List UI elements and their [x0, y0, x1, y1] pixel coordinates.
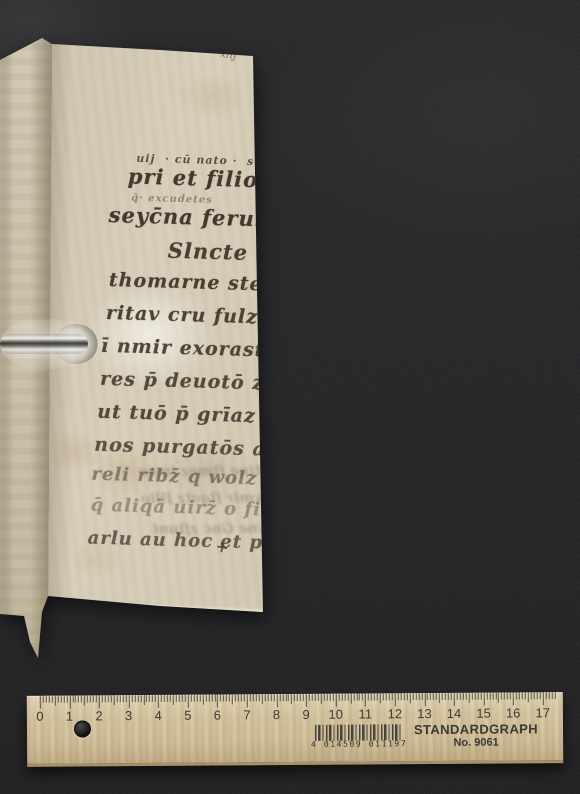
ruler-tick: [469, 693, 470, 703]
ruler-tick: [161, 695, 162, 702]
ruler-tick: [344, 694, 345, 701]
ruler-tick: [472, 693, 473, 700]
ruler-tick: [350, 694, 351, 704]
ruler-number: 9: [302, 707, 309, 722]
ruler-tick: [134, 695, 135, 702]
ruler-tick: [46, 696, 47, 703]
ruler-tick: [516, 692, 517, 699]
ruler-tick: [199, 695, 200, 702]
ruler-tick: [202, 695, 203, 705]
ruler-tick: [549, 692, 550, 699]
ruler-tick: [460, 693, 461, 700]
ruler-tick: [534, 692, 535, 699]
ruler-tick: [155, 695, 156, 702]
ruler-number: 17: [535, 705, 550, 720]
ruler-tick: [78, 696, 79, 703]
ruler-tick: [424, 693, 425, 706]
ruler-tick: [371, 693, 372, 700]
ruler-hole: [74, 720, 91, 737]
ruler: 01234567891011121314151617 4 014509 0111…: [27, 692, 563, 767]
ruler-tick: [84, 695, 85, 705]
ruler-tick: [262, 694, 263, 704]
ruler-tick: [445, 693, 446, 700]
ruler-tick: [52, 696, 53, 703]
manuscript-line: ritav cru fulz bn̄dic: [106, 302, 330, 330]
ruler-tick: [365, 694, 366, 707]
ruler-tick: [128, 695, 129, 708]
manuscript-line: nos purgatōs a pmī: [94, 434, 317, 462]
ruler-tick: [223, 694, 224, 701]
ruler-number: 0: [36, 709, 43, 724]
ruler-tick: [300, 694, 301, 701]
ruler-tick: [235, 694, 236, 701]
ruler-tick: [66, 696, 67, 703]
ruler-tick: [288, 694, 289, 701]
ruler-tick: [60, 696, 61, 703]
ruler-tick: [377, 693, 378, 700]
ruler-tick: [265, 694, 266, 701]
ruler-tick: [327, 694, 328, 701]
ruler-tick: [185, 695, 186, 702]
ruler-tick: [102, 695, 103, 702]
ruler-tick: [510, 692, 511, 699]
ruler-tick: [93, 695, 94, 702]
ruler-tick: [430, 693, 431, 700]
ruler-tick: [294, 694, 295, 701]
manuscript-line: thomarne stepyane: [109, 269, 331, 297]
ruler-tick: [241, 694, 242, 701]
ruler-tick: [273, 694, 274, 701]
ruler-tick: [270, 694, 271, 701]
ruler-tick: [501, 693, 502, 700]
ruler-tick: [407, 693, 408, 700]
manuscript-line: Slncte dei: [167, 238, 295, 267]
ruler-tick: [398, 693, 399, 700]
ruler-tick: [253, 694, 254, 701]
manuscript-line: ī nmir exorasti pplō: [101, 335, 331, 363]
ruler-tick: [57, 696, 58, 703]
ruler-tick: [81, 695, 82, 702]
ruler-tick: [111, 695, 112, 702]
ruler-tick: [279, 694, 280, 701]
ruler-tick: [415, 693, 416, 700]
ruler-tick: [495, 693, 496, 700]
ruler-tick: [401, 693, 402, 700]
ruler-tick: [551, 692, 552, 699]
ruler-tick: [442, 693, 443, 700]
ruler-tick: [421, 693, 422, 700]
manuscript-line: seyc̄na ferula dlm̄: [108, 202, 334, 233]
ruler-tick: [99, 695, 100, 708]
ruler-tick: [466, 693, 467, 700]
ruler-number: 13: [417, 706, 432, 721]
ruler-tick: [123, 695, 124, 702]
ruler-tick: [256, 694, 257, 701]
ruler-tick: [412, 693, 413, 700]
ruler-tick: [90, 695, 91, 702]
photo-frame: xlij uij · cū nato · scō q̄· excudetes s…: [0, 0, 580, 794]
ruler-tick: [120, 695, 121, 702]
ruler-tick: [63, 696, 64, 703]
ruler-tick: [513, 692, 514, 705]
ruler-tick: [43, 696, 44, 703]
ruler-tick: [312, 694, 313, 701]
ruler-tick: [330, 694, 331, 701]
ruler-tick: [386, 693, 387, 700]
ruler-tick: [226, 694, 227, 701]
manuscript-line: res p̄ deuotō z mī cō: [100, 368, 335, 397]
ruler-tick: [191, 695, 192, 702]
ruler-tick: [318, 694, 319, 701]
ruler-tick: [87, 695, 88, 702]
ruler-tick: [244, 694, 245, 701]
ruler-tick: [522, 692, 523, 699]
ruler-tick: [525, 692, 526, 699]
ruler-tick: [217, 695, 218, 708]
ruler-tick: [117, 695, 118, 702]
ruler-tick: [374, 693, 375, 700]
ruler-tick: [188, 695, 189, 708]
ruler-tick: [126, 695, 127, 702]
ruler-tick: [179, 695, 180, 702]
ruler-tick: [268, 694, 269, 701]
ruler-tick: [96, 695, 97, 702]
ruler-tick: [321, 694, 322, 704]
ruler-tick: [152, 695, 153, 702]
ruler-tick: [528, 692, 529, 702]
ruler-tick: [392, 693, 393, 700]
ruler-number: 10: [328, 707, 343, 722]
manuscript-line: ut tuō p̄ grīaz uien̄: [97, 401, 315, 429]
manuscript-line: pri et filio sācto: [127, 164, 333, 195]
ruler-tick: [356, 694, 357, 701]
ruler-tick: [531, 692, 532, 699]
ruler-tick: [259, 694, 260, 701]
ruler-tick: [170, 695, 171, 702]
ruler-tick: [205, 695, 206, 702]
ruler-tick: [176, 695, 177, 702]
ruler-tick: [336, 694, 337, 707]
ruler-number: 5: [184, 708, 191, 723]
ruler-tick: [504, 693, 505, 700]
ruler-tick: [498, 693, 499, 703]
cross-mark: +: [214, 536, 230, 557]
manuscript-line: reli ribz̄ q wolz a·: [91, 464, 284, 490]
ruler-tick: [306, 694, 307, 707]
ruler-tick: [137, 695, 138, 702]
ruler-tick: [173, 695, 174, 705]
ruler-tick: [339, 694, 340, 701]
ruler-tick: [131, 695, 132, 702]
ruler-tick: [164, 695, 165, 702]
ruler-tick: [105, 695, 106, 702]
ruler-tick: [475, 693, 476, 700]
ruler-tick: [69, 696, 70, 709]
ruler-tick: [368, 693, 369, 700]
ruler-brand-label: STANDARDGRAPH: [409, 721, 543, 737]
ruler-tick: [194, 695, 195, 702]
ruler-tick: [537, 692, 538, 699]
ruler-tick: [333, 694, 334, 701]
ruler-number: 3: [125, 708, 132, 723]
ruler-tick: [49, 696, 50, 703]
ruler-tick: [315, 694, 316, 701]
ruler-tick: [247, 694, 248, 707]
ruler-number: 7: [243, 707, 250, 722]
ruler-tick: [108, 695, 109, 702]
ruler-tick: [359, 694, 360, 701]
barcode-digits: 4 014509 011197: [307, 739, 411, 749]
ruler-tick: [427, 693, 428, 700]
ruler-tick: [380, 693, 381, 703]
ruler-tick: [250, 694, 251, 701]
ruler-number: 15: [476, 706, 491, 721]
ruler-number: 1: [66, 709, 73, 724]
manuscript: xlij uij · cū nato · scō q̄· excudetes s…: [0, 0, 580, 794]
ruler-tick: [285, 694, 286, 701]
ruler-tick: [220, 695, 221, 702]
ruler-tick: [167, 695, 168, 702]
ruler-tick: [232, 694, 233, 704]
ruler-tick: [114, 695, 115, 705]
ruler-tick: [492, 693, 493, 700]
ruler-tick: [554, 692, 555, 699]
showthrough-text: semi ſtine ſtmez imeryoilz vmir ſigatz ſ…: [5, 0, 305, 5]
ruler-number: 14: [447, 706, 462, 721]
ruler-number: 12: [388, 706, 403, 721]
ruler-tick: [362, 694, 363, 701]
ruler-tick: [395, 693, 396, 706]
ruler-tick: [478, 693, 479, 700]
ruler-number: 8: [273, 707, 280, 722]
ruler-tick: [409, 693, 410, 703]
glass-rod: [0, 334, 88, 354]
ruler-tick: [389, 693, 390, 700]
ruler-tick: [383, 693, 384, 700]
ruler-tick: [433, 693, 434, 700]
ruler-tick: [448, 693, 449, 700]
ruler-tick: [463, 693, 464, 700]
ruler-tick: [457, 693, 458, 700]
ruler-tick: [543, 692, 544, 705]
ruler-number: 16: [506, 705, 521, 720]
ruler-tick: [519, 692, 520, 699]
ruler-tick: [140, 695, 141, 702]
manuscript-line: arlu au hoc et p.: [87, 528, 270, 554]
ruler-tick: [146, 695, 147, 702]
ruler-tick: [347, 694, 348, 701]
ruler-tick: [149, 695, 150, 702]
ruler-tick: [182, 695, 183, 702]
ruler-tick: [40, 696, 41, 709]
ruler-tick: [282, 694, 283, 701]
ruler-number: 4: [155, 708, 162, 723]
ruler-tick: [143, 695, 144, 705]
ruler-tick: [483, 693, 484, 706]
ruler-tick: [353, 694, 354, 701]
ruler-tick: [546, 692, 547, 699]
ruler-tick: [208, 695, 209, 702]
ruler-tick: [454, 693, 455, 706]
ruler-tick: [439, 693, 440, 703]
glass-page-weight: [0, 318, 102, 370]
ruler-tick: [309, 694, 310, 701]
ruler-tick: [158, 695, 159, 708]
manuscript-lines: pri et filio sāctoseyc̄na ferula dlm̄Sln…: [5, 0, 305, 5]
ruler-tick: [297, 694, 298, 701]
manuscript-line: q̄ aliqā uirz̄ o filiō: [90, 495, 290, 522]
ruler-tick: [291, 694, 292, 704]
ruler-tick: [211, 695, 212, 702]
ruler-tick: [418, 693, 419, 700]
ruler-tick: [480, 693, 481, 700]
ruler-tick: [451, 693, 452, 700]
ruler-tick: [238, 694, 239, 701]
ruler-tick: [214, 695, 215, 702]
ruler-model-number: No. 9061: [409, 736, 543, 749]
ruler-tick: [507, 693, 508, 700]
ruler-tick: [489, 693, 490, 700]
ruler-tick: [540, 692, 541, 699]
ruler-number: 6: [214, 708, 221, 723]
ruler-tick: [229, 694, 230, 701]
ruler-tick: [486, 693, 487, 700]
ruler-tick: [341, 694, 342, 701]
ruler-tick: [303, 694, 304, 701]
ruler-tick: [75, 696, 76, 703]
ruler-number: 2: [95, 708, 102, 723]
ruler-tick: [276, 694, 277, 707]
ruler-tick: [197, 695, 198, 702]
ruler-tick: [404, 693, 405, 700]
ruler-number: 11: [358, 706, 372, 721]
ruler-tick: [436, 693, 437, 700]
ruler-tick: [55, 696, 56, 706]
ruler-tick: [324, 694, 325, 701]
ruler-tick: [72, 696, 73, 703]
